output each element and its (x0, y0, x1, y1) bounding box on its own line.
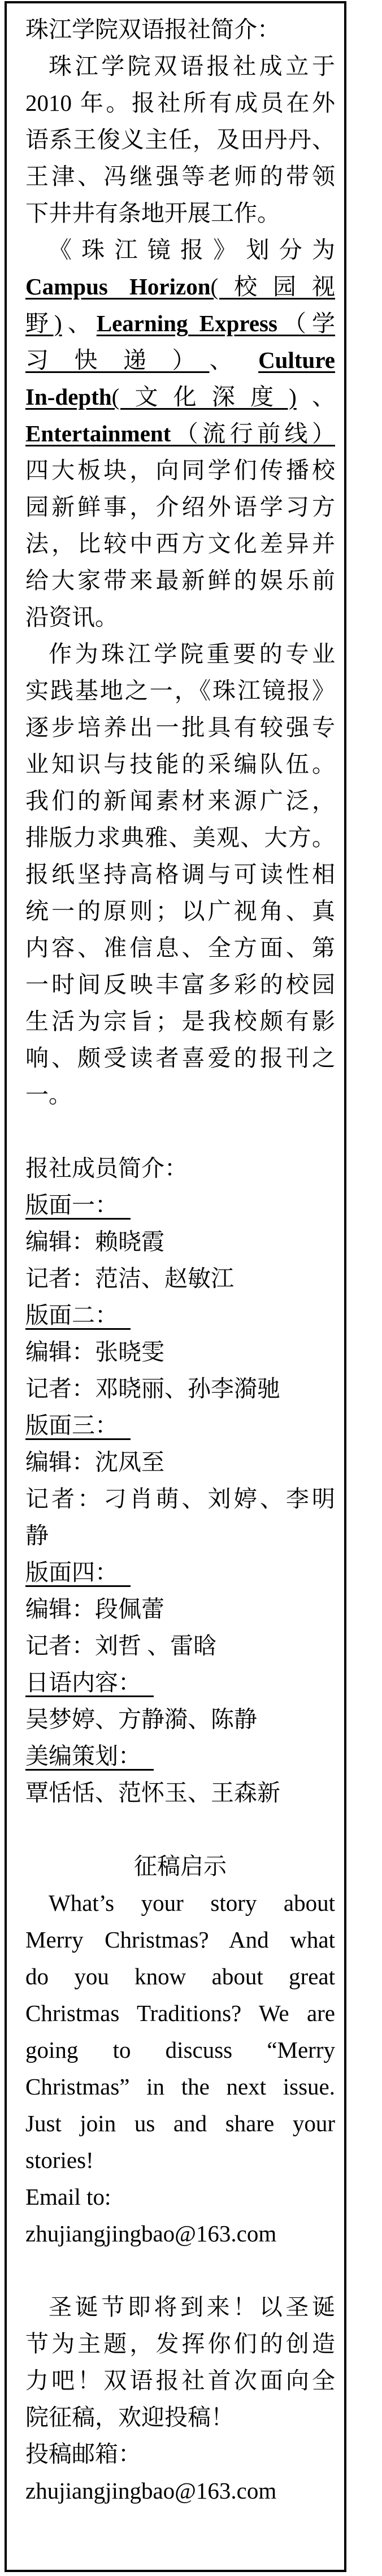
text-segment: Learning Express (97, 310, 277, 336)
member-line: 记者：范洁、赵敏江 (25, 1260, 335, 1297)
text-segment: Culture (258, 347, 335, 373)
blank-line (25, 1113, 335, 1150)
text-segment: （学 (277, 310, 335, 336)
text-line: Just join us and share your (25, 2105, 335, 2142)
text-line: do you know about great (25, 1958, 335, 1995)
text-segment: 日语内容： (25, 1669, 154, 1697)
text-line: What’s your story about (25, 1885, 335, 1922)
blank-line (25, 1811, 335, 1848)
member-line: 记者：刁肖萌、刘婷、李明 (25, 1481, 335, 1517)
text-segment: Entertainment (25, 420, 171, 446)
text-line: 节为主题，发挥你们的创造 (25, 2326, 335, 2362)
section-heading-page2: 版面二： (25, 1297, 335, 1334)
section-entertainment: Entertainment（流行前线） (25, 415, 335, 452)
text-segment: 下井井有条地开展工作。 (25, 200, 280, 226)
text-line: 响、颇受读者喜爱的报刊之 (25, 1040, 335, 1077)
member-line: 静 (25, 1517, 335, 1554)
text-segment: (文化深度) (112, 384, 297, 410)
text-segment: 生活为宗旨；是我校颇有影 (25, 1008, 335, 1034)
text-line: 王津、冯继强等老师的带领 (25, 158, 335, 195)
text-segment: 记者：邓晓丽、孙李漪驰 (25, 1376, 280, 1402)
text-line: 实践基地之一，《珠江镜报》 (25, 673, 335, 709)
call-for-papers-heading: 征稿启示 (25, 1848, 335, 1885)
text-line: 业知识与技能的采编队伍。 (25, 746, 335, 783)
text-segment: 《珠江镜报》划分为 (49, 237, 335, 263)
text-segment: 编辑：沈凤至 (25, 1449, 164, 1475)
text-line: going to discuss “Merry (25, 2032, 335, 2068)
section-heading-page3: 版面三： (25, 1407, 335, 1444)
text-segment: 、 (62, 310, 97, 336)
section-learning-express: 野)、Learning Express（学 (25, 305, 335, 342)
text-segment: 沿资讯。 (25, 604, 118, 630)
document-border-frame: 珠江学院双语报社简介：珠江学院双语报社成立于2010 年。报社所有成员在外语系王… (5, 1, 346, 2572)
text-segment: zhujiangjingbao@163.com (25, 2478, 276, 2504)
text-segment: 语系王俊义主任，及田丹丹、 (25, 127, 335, 153)
text-line: 力吧！双语报社首次面向全 (25, 2362, 335, 2399)
text-segment: 给大家带来最新鲜的娱乐前 (25, 567, 335, 593)
text-line: stories! (25, 2142, 335, 2179)
text-segment: 覃恬恬、范怀玉、王森新 (25, 1780, 280, 1806)
text-segment: 记者：刘哲 、雷晗 (25, 1633, 216, 1659)
text-segment: 编辑：张晓雯 (25, 1339, 164, 1365)
text-segment: （流行前线） (171, 420, 335, 446)
text-segment: 圣诞节即将到来！以圣诞 (49, 2294, 335, 2320)
text-segment: Campus Horizon (25, 274, 211, 300)
text-segment: 四大板块，向同学们传播校 (25, 457, 335, 483)
text-line: 珠江学院双语报社成立于 (25, 48, 335, 85)
members-intro-heading: 报社成员简介： (25, 1150, 335, 1187)
text-segment: 内容、准信息、全方面、第 (25, 935, 335, 961)
member-line: 编辑：张晓雯 (25, 1334, 335, 1371)
text-line: Christmas” in the next issue. (25, 2068, 335, 2105)
page: 珠江学院双语报社简介：珠江学院双语报社成立于2010 年。报社所有成员在外语系王… (0, 0, 382, 2576)
document-text-block: 珠江学院双语报社简介：珠江学院双语报社成立于2010 年。报社所有成员在外语系王… (7, 3, 344, 2509)
submission-email-label: 投稿邮箱： (25, 2436, 335, 2473)
text-line: 四大板块，向同学们传播校 (25, 452, 335, 489)
text-segment: 2010 年。报社所有成员在外 (25, 90, 335, 116)
member-line: 覃恬恬、范怀玉、王森新 (25, 1775, 335, 1811)
text-segment: 作为珠江学院重要的专业 (49, 641, 335, 667)
text-line: 圣诞节即将到来！以圣诞 (25, 2289, 335, 2326)
text-segment: In-depth (25, 384, 112, 410)
text-line: 排版力求典雅、美观、大方。 (25, 819, 335, 856)
text-segment: 报纸坚持高格调与可读性相 (25, 861, 335, 887)
text-segment: 业知识与技能的采编队伍。 (25, 751, 335, 777)
text-segment: 吴梦婷、方静漪、陈静 (25, 1706, 257, 1732)
text-segment: 力吧！双语报社首次面向全 (25, 2367, 335, 2393)
text-segment: 编辑：段佩蕾 (25, 1596, 164, 1622)
text-segment: 我们的新闻素材来源广泛， (25, 788, 335, 814)
text-line: 作为珠江学院重要的专业 (25, 636, 335, 673)
text-segment: 静 (25, 1523, 49, 1549)
text-segment: Email to: (25, 2184, 111, 2210)
member-line: 编辑：段佩蕾 (25, 1591, 335, 1628)
text-segment: 法，比较中西方文化差异并 (25, 531, 335, 557)
text-segment: 版面四： (25, 1559, 131, 1587)
document-title: 珠江学院双语报社简介： (25, 11, 335, 48)
email-address: zhujiangjingbao@163.com (25, 2473, 335, 2509)
text-line: 内容、准信息、全方面、第 (25, 930, 335, 966)
text-segment: 排版力求典雅、美观、大方。 (25, 825, 335, 851)
text-segment: 响、颇受读者喜爱的报刊之 (25, 1045, 335, 1071)
text-line: 生活为宗旨；是我校颇有影 (25, 1003, 335, 1040)
text-line: 院征稿，欢迎投稿！ (25, 2399, 335, 2436)
text-segment: 、 (210, 347, 259, 373)
section-in-depth: In-depth(文化深度)、 (25, 379, 335, 415)
text-line: Christmas Traditions? We are (25, 1995, 335, 2032)
text-segment: zhujiangjingbao@163.com (25, 2221, 276, 2247)
text-line: 2010 年。报社所有成员在外 (25, 85, 335, 122)
text-segment: 记者：刁肖萌、刘婷、李明 (25, 1486, 335, 1512)
text-segment: Just join us and share your (25, 2110, 335, 2136)
text-segment: (校园视 (211, 274, 336, 300)
text-segment: 记者：范洁、赵敏江 (25, 1265, 234, 1291)
text-segment: 编辑：赖晓霞 (25, 1229, 164, 1255)
text-segment: 投稿邮箱： (25, 2441, 141, 2467)
text-segment: What’s your story about (49, 1890, 335, 1916)
text-segment: 版面二： (25, 1302, 131, 1330)
text-line: 下井井有条地开展工作。 (25, 195, 335, 232)
text-segment: 、 (297, 384, 335, 410)
member-line: 吴梦婷、方静漪、陈静 (25, 1701, 335, 1738)
section-campus-horizon: Campus Horizon(校园视 (25, 268, 335, 305)
text-line: 园新鲜事，介绍外语学习方 (25, 489, 335, 526)
text-segment: 一。 (25, 1082, 72, 1108)
text-segment: 统一的原则；以广视角、真 (25, 898, 335, 924)
text-segment: going to discuss “Merry (25, 2037, 335, 2063)
section-heading-page1: 版面一： (25, 1187, 335, 1224)
section-heading-art-design: 美编策划： (25, 1738, 335, 1775)
text-segment: 野) (25, 310, 62, 336)
email-label: Email to: (25, 2179, 335, 2215)
text-segment: 版面三： (25, 1412, 131, 1440)
text-segment: stories! (25, 2147, 94, 2173)
section-heading-page4: 版面四： (25, 1554, 335, 1591)
text-line: 沿资讯。 (25, 599, 335, 636)
text-line: 我们的新闻素材来源广泛， (25, 783, 335, 819)
text-segment: 院征稿，欢迎投稿！ (25, 2404, 234, 2430)
member-line: 记者：邓晓丽、孙李漪驰 (25, 1371, 335, 1407)
text-segment: 版面一： (25, 1192, 131, 1220)
text-segment: 报社成员简介： (25, 1155, 188, 1181)
text-segment: 征稿启示 (134, 1853, 227, 1879)
text-segment: Merry Christmas? And what (25, 1927, 335, 1953)
text-segment: Christmas” in the next issue. (25, 2074, 335, 2100)
text-line: 一。 (25, 1077, 335, 1113)
blank-line (25, 2252, 335, 2289)
text-line: 报纸坚持高格调与可读性相 (25, 856, 335, 893)
section-culture: 习快递）、Culture (25, 342, 335, 379)
text-segment: 习快递） (25, 347, 210, 373)
text-line: 逐步培养出一批具有较强专 (25, 709, 335, 746)
text-line: 一时间反映丰富多彩的校园 (25, 966, 335, 1003)
text-segment: 王津、冯继强等老师的带领 (25, 163, 335, 189)
text-segment: do you know about great (25, 1963, 335, 1989)
text-line: 《珠江镜报》划分为 (25, 232, 335, 268)
email-address: zhujiangjingbao@163.com (25, 2215, 335, 2252)
text-line: Merry Christmas? And what (25, 1922, 335, 1958)
member-line: 编辑：沈凤至 (25, 1444, 335, 1481)
text-segment: 节为主题，发挥你们的创造 (25, 2331, 335, 2357)
text-segment: 珠江学院双语报社成立于 (49, 53, 335, 79)
member-line: 记者：刘哲 、雷晗 (25, 1628, 335, 1664)
text-segment: 园新鲜事，介绍外语学习方 (25, 494, 335, 520)
text-segment: 美编策划： (25, 1743, 154, 1771)
text-line: 法，比较中西方文化差异并 (25, 526, 335, 562)
text-segment: Christmas Traditions? We are (25, 2000, 335, 2026)
text-line: 给大家带来最新鲜的娱乐前 (25, 562, 335, 599)
text-line: 语系王俊义主任，及田丹丹、 (25, 122, 335, 158)
section-heading-japanese: 日语内容： (25, 1664, 335, 1701)
text-segment: 实践基地之一，《珠江镜报》 (25, 678, 335, 704)
text-segment: 逐步培养出一批具有较强专 (25, 714, 335, 740)
text-line: 统一的原则；以广视角、真 (25, 893, 335, 930)
text-segment: 一时间反映丰富多彩的校园 (25, 972, 335, 998)
member-line: 编辑：赖晓霞 (25, 1224, 335, 1260)
text-segment: 珠江学院双语报社简介： (25, 16, 280, 42)
